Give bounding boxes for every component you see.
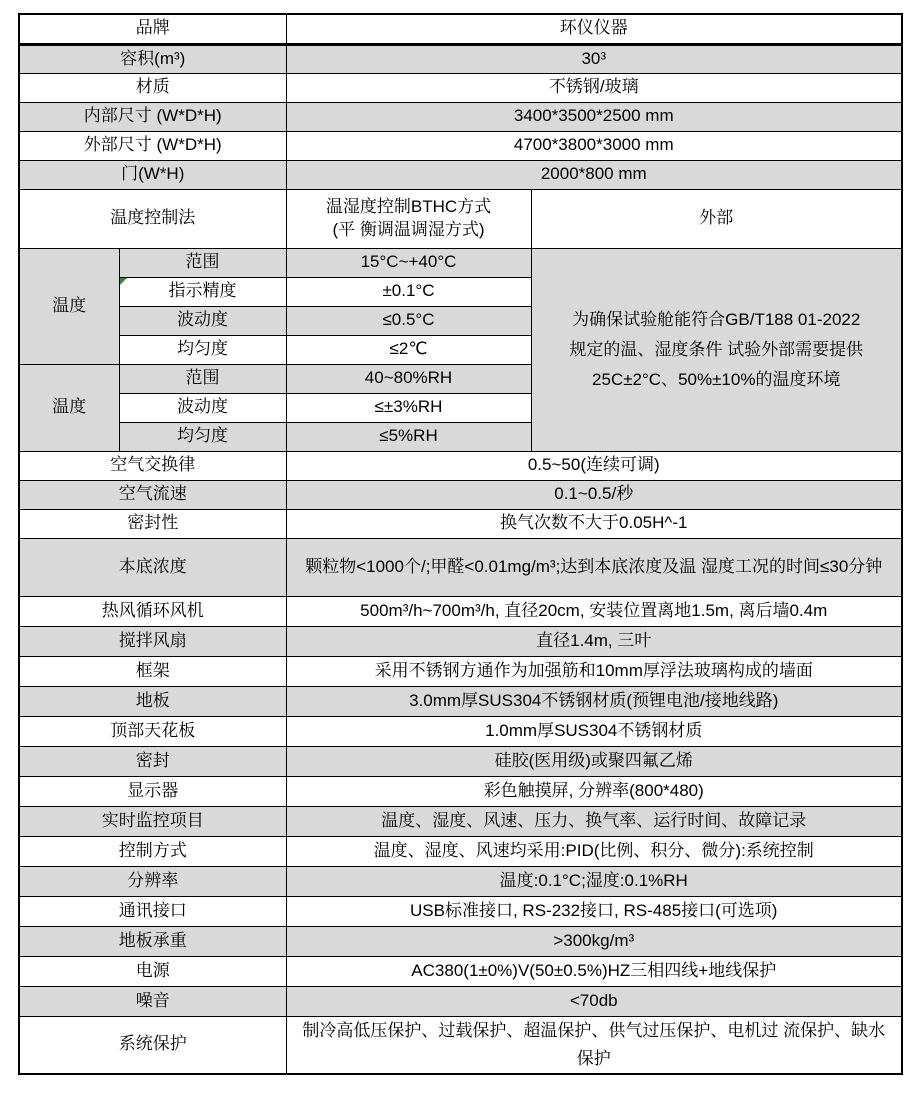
floor-row: 地板 3.0mm厚SUS304不锈钢材质(预锂电池/接地线路) [19,686,902,716]
row-label: 地板 [19,686,286,716]
control-method-line2: (平 衡调温调湿方式) [292,219,526,242]
row-label: 空气交换律 [19,451,286,480]
control-method-label: 温度控制法 [19,189,286,248]
row-value: 0.1~0.5/秒 [286,480,902,509]
seal-row: 密封 硅胶(医用级)或聚四氟乙烯 [19,746,902,776]
row-value: 直径1.4m, 三叶 [286,626,902,656]
sub-label: 均匀度 [119,335,286,364]
control-method-row: 温度控制法 温湿度控制BTHC方式 (平 衡调温调湿方式) 外部 [19,189,902,248]
outer-size-row: 外部尺寸 (W*D*H) 4700*3800*3000 mm [19,131,902,160]
row-label: 地板承重 [19,926,286,956]
row-label: 本底浓度 [19,538,286,596]
air-exchange-row: 空气交换律 0.5~50(连续可调) [19,451,902,480]
row-label: 门(W*H) [19,160,286,189]
row-value: 换气次数不大于0.05H^-1 [286,509,902,538]
sub-label: 指示精度 [119,277,286,306]
temp-range-row: 温度 范围 15°C~+40°C 为确保试验舱能符合GB/T188 01-202… [19,248,902,277]
row-label: 通讯接口 [19,896,286,926]
sub-label: 波动度 [119,306,286,335]
control-method-line1: 温湿度控制BTHC方式 [292,196,526,219]
row-label: 密封 [19,746,286,776]
row-label: 框架 [19,656,286,686]
air-speed-row: 空气流速 0.1~0.5/秒 [19,480,902,509]
row-value: 温度:0.1°C;湿度:0.1%RH [286,866,902,896]
volume-row: 容积(m³) 30³ [19,44,902,73]
row-value: 3.0mm厚SUS304不锈钢材质(预锂电池/接地线路) [286,686,902,716]
display-row: 显示器 彩色触摸屏, 分辨率(800*480) [19,776,902,806]
row-value: 温度、湿度、风速均采用:PID(比例、积分、微分):系统控制 [286,836,902,866]
brand-label: 品牌 [19,14,286,44]
sub-value: ≤2℃ [286,335,531,364]
row-value: AC380(1±0%)V(50±0.5%)HZ三相四线+地线保护 [286,956,902,986]
system-protection-row: 系统保护 制冷高低压保护、过载保护、超温保护、供气过压保护、电机过 流保护、缺水… [19,1016,902,1074]
monitoring-row: 实时监控项目 温度、湿度、风速、压力、换气率、运行时间、故障记录 [19,806,902,836]
row-value: 温度、湿度、风速、压力、换气率、运行时间、故障记录 [286,806,902,836]
external-note-line1: 为确保试验舱能符合GB/T188 01-2022 [537,305,897,335]
sub-value: ±0.1°C [286,277,531,306]
row-value: >300kg/m³ [286,926,902,956]
sub-label: 范围 [119,364,286,393]
row-value: 500m³/h~700m³/h, 直径20cm, 安装位置离地1.5m, 离后墙… [286,596,902,626]
row-label: 显示器 [19,776,286,806]
row-value: 制冷高低压保护、过载保护、超温保护、供气过压保护、电机过 流保护、缺水保护 [286,1016,902,1074]
row-value: 硅胶(医用级)或聚四氟乙烯 [286,746,902,776]
row-label: 实时监控项目 [19,806,286,836]
control-method-value: 温湿度控制BTHC方式 (平 衡调温调湿方式) [286,189,531,248]
row-value: 彩色触摸屏, 分辨率(800*480) [286,776,902,806]
background-concentration-row: 本底浓度 颗粒物<1000个/;甲醛<0.01mg/m³;达到本底浓度及温 湿度… [19,538,902,596]
external-note-line3: 25C±2°C、50%±10%的温度环境 [537,365,897,395]
row-value: 3400*3500*2500 mm [286,102,902,131]
row-label: 空气流速 [19,480,286,509]
row-label: 搅拌风扇 [19,626,286,656]
stir-fan-row: 搅拌风扇 直径1.4m, 三叶 [19,626,902,656]
row-value: 采用不锈钢方通作为加强筋和10mm厚浮法玻璃构成的墙面 [286,656,902,686]
row-value: 30³ [286,44,902,73]
row-label: 外部尺寸 (W*D*H) [19,131,286,160]
row-label: 内部尺寸 (W*D*H) [19,102,286,131]
comm-interface-row: 通讯接口 USB标准接口, RS-232接口, RS-485接口(可选项) [19,896,902,926]
row-value: <70db [286,986,902,1016]
row-label: 电源 [19,956,286,986]
sub-label: 波动度 [119,393,286,422]
frame-row: 框架 采用不锈钢方通作为加强筋和10mm厚浮法玻璃构成的墙面 [19,656,902,686]
hot-air-fan-row: 热风循环风机 500m³/h~700m³/h, 直径20cm, 安装位置离地1.… [19,596,902,626]
power-row: 电源 AC380(1±0%)V(50±0.5%)HZ三相四线+地线保护 [19,956,902,986]
row-label: 热风循环风机 [19,596,286,626]
sub-value: 15°C~+40°C [286,248,531,277]
row-value: 2000*800 mm [286,160,902,189]
floor-load-row: 地板承重 >300kg/m³ [19,926,902,956]
row-label: 密封性 [19,509,286,538]
row-value: 1.0mm厚SUS304不锈钢材质 [286,716,902,746]
temperature-group-label: 温度 [19,248,119,364]
spec-table: 品牌 环仪仪器 容积(m³) 30³ 材质 不锈钢/玻璃 内部尺寸 (W*D*H… [18,13,903,1075]
row-value: 颗粒物<1000个/;甲醛<0.01mg/m³;达到本底浓度及温 湿度工况的时间… [286,538,902,596]
external-note-line2: 规定的温、湿度条件 试验外部需要提供 [537,335,897,365]
sub-value: ≤5%RH [286,422,531,451]
ceiling-row: 顶部天花板 1.0mm厚SUS304不锈钢材质 [19,716,902,746]
row-label: 材质 [19,73,286,102]
noise-row: 噪音 <70db [19,986,902,1016]
row-label: 系统保护 [19,1016,286,1074]
row-label: 顶部天花板 [19,716,286,746]
row-value: 0.5~50(连续可调) [286,451,902,480]
sealing-row: 密封性 换气次数不大于0.05H^-1 [19,509,902,538]
row-value: 不锈钢/玻璃 [286,73,902,102]
row-label: 控制方式 [19,836,286,866]
humidity-group-label: 温度 [19,364,119,451]
sub-label: 均匀度 [119,422,286,451]
sub-value: ≤0.5°C [286,306,531,335]
row-value: USB标准接口, RS-232接口, RS-485接口(可选项) [286,896,902,926]
brand-value: 环仪仪器 [286,14,902,44]
inner-size-row: 内部尺寸 (W*D*H) 3400*3500*2500 mm [19,102,902,131]
material-row: 材质 不锈钢/玻璃 [19,73,902,102]
external-header: 外部 [531,189,902,248]
control-mode-row: 控制方式 温度、湿度、风速均采用:PID(比例、积分、微分):系统控制 [19,836,902,866]
row-value: 4700*3800*3000 mm [286,131,902,160]
resolution-row: 分辨率 温度:0.1°C;湿度:0.1%RH [19,866,902,896]
sub-value: 40~80%RH [286,364,531,393]
brand-row: 品牌 环仪仪器 [19,14,902,44]
door-size-row: 门(W*H) 2000*800 mm [19,160,902,189]
sub-label: 范围 [119,248,286,277]
sub-value: ≤±3%RH [286,393,531,422]
row-label: 噪音 [19,986,286,1016]
external-note-cell: 为确保试验舱能符合GB/T188 01-2022 规定的温、湿度条件 试验外部需… [531,248,902,451]
row-label: 容积(m³) [19,44,286,73]
row-label: 分辨率 [19,866,286,896]
cell-flag-triangle [120,278,128,286]
